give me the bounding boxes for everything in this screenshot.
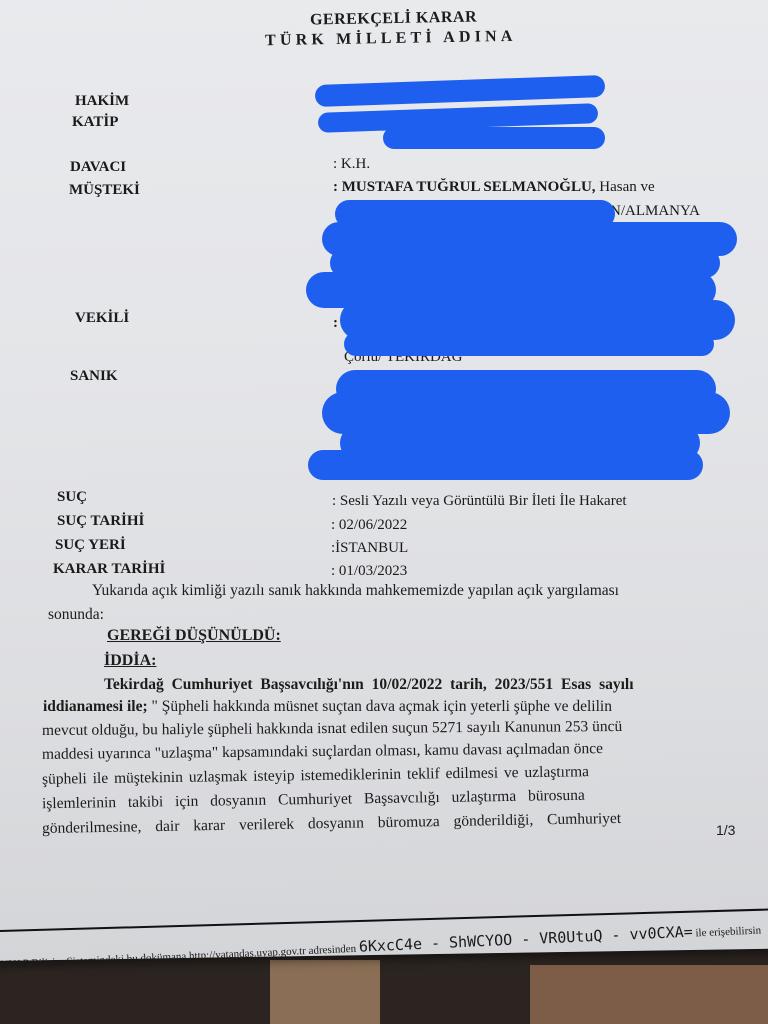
heading-geregi-dusunuldu: GEREĞİ DÜŞÜNÜLDÜ: [107, 627, 281, 645]
value-musteki: : MUSTAFA TUĞRUL SELMANOĞLU, Hasan ve [333, 179, 655, 196]
value-suc-tarihi: : 02/06/2022 [331, 517, 407, 534]
redaction-mark [344, 332, 714, 356]
value-suc: : Sesli Yazılı veya Görüntülü Bir İleti … [332, 493, 627, 510]
body-line-7: gönderilmesine, dair karar verilerek dos… [42, 810, 621, 838]
intro-line-1: Yukarıda açık kimliği yazılı sanık hakkı… [92, 582, 619, 600]
body-line-6: işlemlerinin takibi için dosyanın Cumhur… [42, 787, 585, 814]
value-davaci: : K.H. [333, 156, 370, 173]
intro-line-2: sonunda: [48, 606, 104, 624]
label-katip: KATİP [72, 114, 118, 131]
label-karar-tarihi: KARAR TARİHİ [53, 561, 165, 578]
footer-text: UYAP Bilişim Sistemindeki bu dokümana ht… [0, 943, 356, 971]
label-davaci: DAVACI [70, 159, 126, 176]
label-musteki: MÜŞTEKİ [69, 182, 140, 199]
label-vekili: VEKİLİ [75, 310, 129, 327]
label-hakim: HAKİM [75, 93, 129, 110]
label-suc-yeri: SUÇ YERİ [55, 537, 126, 554]
document-subtitle: TÜRK MİLLETİ ADINA [265, 28, 517, 50]
body-line-3: mevcut olduğu, bu haliyle şüpheli hakkın… [42, 718, 622, 740]
document-title: GEREKÇELİ KARAR [310, 9, 477, 30]
body-line-4: maddesi uyarınca "uzlaşma" kapsamındaki … [42, 740, 603, 764]
value-musteki-line2: N/ALMANYA [610, 203, 700, 220]
redaction-mark [315, 75, 606, 107]
label-sanik: SANIK [70, 368, 118, 385]
body-line-2: iddianamesi ile; " Şüpheli hakkında müsn… [43, 698, 612, 716]
redaction-mark [383, 127, 605, 149]
body-line-1: Tekirdağ Cumhuriyet Başsavcılığı'nın 10/… [104, 676, 634, 694]
value-suc-yeri: :İSTANBUL [331, 540, 408, 557]
redaction-mark [308, 450, 703, 480]
body-line-5: şüpheli ile müştekinin uzlaşmak isteyip … [42, 763, 589, 789]
label-suc-tarihi: SUÇ TARİHİ [57, 513, 144, 530]
heading-iddia: İDDİA: [104, 652, 156, 670]
page-number: 1/3 [716, 822, 735, 838]
value-karar-tarihi: : 01/03/2023 [331, 563, 407, 580]
label-suc: SUÇ [57, 489, 87, 506]
footer-end-text: ile erişebilirsin [695, 924, 761, 939]
value-vekili: : [333, 315, 338, 332]
document-page: GEREKÇELİ KARAR TÜRK MİLLETİ ADINA HAKİM… [0, 0, 768, 1024]
document-access-code: 6KxcC4e - ShWCYOO - VR0UtuQ - vv0CXA= [358, 923, 693, 956]
